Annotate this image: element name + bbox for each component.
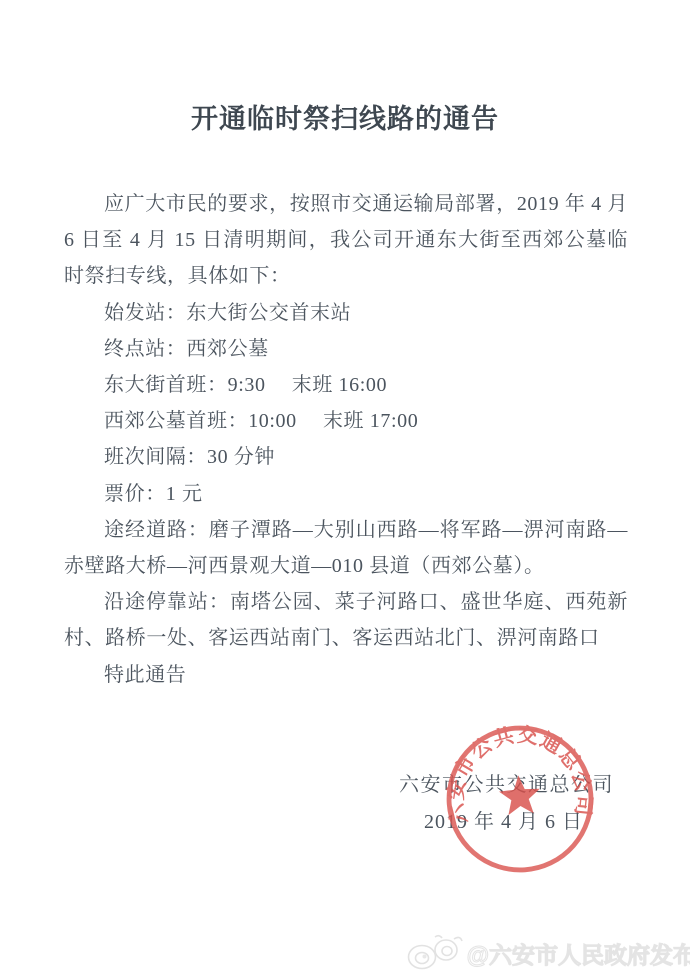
notice-paragraph: 东大街首班：9:30 末班 16:00: [64, 367, 628, 403]
weibo-watermark: @六安市人民政府发布: [405, 933, 690, 973]
notice-paragraph: 西郊公墓首班：10:00 末班 17:00: [64, 403, 628, 439]
notice-paragraph: 沿途停靠站：南塔公园、菜子河路口、盛世华庭、西苑新村、路桥一处、客运西站南门、客…: [64, 584, 628, 656]
notice-paragraph: 始发站：东大街公交首末站: [64, 295, 628, 331]
weibo-icon: [405, 933, 463, 973]
notice-document-page: 开通临时祭扫线路的通告 应广大市民的要求，按照市交通运输局部署，2019 年 4…: [0, 0, 690, 977]
notice-paragraph: 特此通告: [64, 657, 628, 693]
notice-body: 应广大市民的要求，按照市交通运输局部署，2019 年 4 月 6 日至 4 月 …: [64, 186, 628, 693]
notice-paragraph: 班次间隔：30 分钟: [64, 439, 628, 475]
weibo-account-text: @六安市人民政府发布: [467, 937, 690, 970]
seal-ring: [444, 723, 595, 874]
notice-paragraph: 票价：1 元: [64, 476, 628, 512]
notice-paragraph: 终点站：西郊公墓: [64, 331, 628, 367]
notice-title: 开通临时祭扫线路的通告: [0, 0, 690, 136]
official-seal-stamp: 六安市公共交通总公司: [434, 713, 606, 885]
notice-paragraph: 途经道路：磨子潭路—大别山西路—将军路—淠河南路—赤壁路大桥—河西景观大道—01…: [64, 512, 628, 584]
signature-date: 2019 年 4 月 6 日: [424, 805, 583, 834]
signature-company: 六安市公共交通总公司: [399, 768, 614, 797]
notice-paragraph: 应广大市民的要求，按照市交通运输局部署，2019 年 4 月 6 日至 4 月 …: [64, 186, 628, 295]
